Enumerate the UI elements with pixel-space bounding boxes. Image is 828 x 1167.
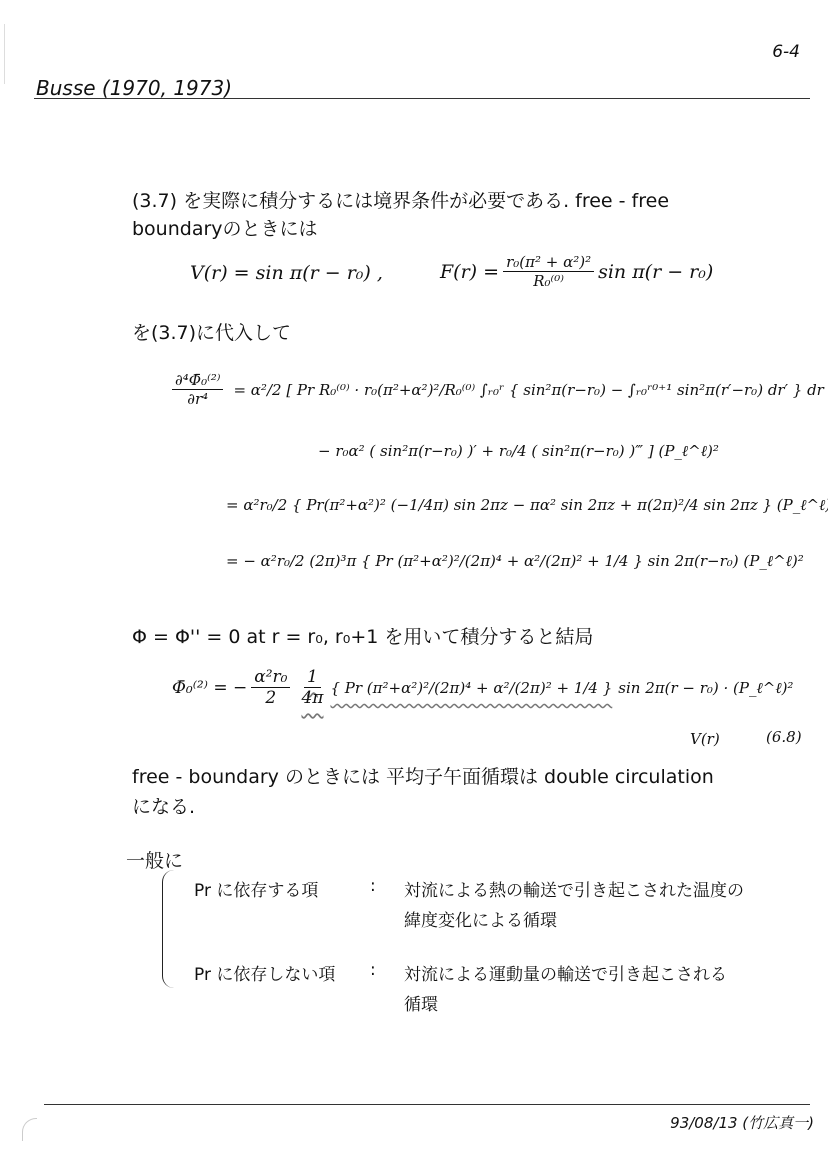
substitute-text: を(3.7)に代入して [132, 318, 291, 345]
result-frac2-num: 1 [304, 668, 321, 688]
result-lhs: Φ̄₀⁽²⁾ = − [172, 678, 247, 698]
list-item-2-desc-1: 対流による運動量の輸送で引き起こされる [404, 960, 727, 985]
result-frac2-den: 4π [298, 688, 326, 708]
eq1-lhs-den: ∂r⁴ [184, 390, 211, 408]
eq3-line: = − α²r₀/2 (2π)³π { Pr (π²+α²)²/(2π)⁴ + … [226, 552, 804, 571]
result-brace: { Pr (π²+α²)²/(2π)⁴ + α²/(2π)² + 1/4 } [330, 679, 612, 697]
f-lhs: F(r) = [440, 261, 499, 283]
f-rhs: sin π(r − r₀) [598, 261, 713, 283]
eq1-lhs-fraction: ∂⁴Φ̄₀⁽²⁾ ∂r⁴ [172, 372, 223, 408]
footer-rule [44, 1104, 810, 1105]
list-item-1-term: Pr に依存する項 [194, 876, 318, 901]
header-rule [34, 98, 810, 99]
f-fraction: r₀(π² + α²)² R₀⁽⁰⁾ [503, 254, 594, 290]
eq1-line-1: ∂⁴Φ̄₀⁽²⁾ ∂r⁴ = α²/2 [ Pr R₀⁽⁰⁾ · r₀(π²+α… [168, 372, 824, 408]
intro-line-1: (3.7) を実際に積分するには境界条件が必要である. free - free [132, 186, 669, 213]
boundary-condition-text: Φ = Φ'' = 0 at r = r₀, r₀+1 を用いて積分すると結局 [132, 622, 593, 649]
equation-number: (6.8) [766, 728, 802, 746]
page-title: Busse (1970, 1973) [36, 76, 232, 100]
result-tail: sin 2π(r − r₀) · (P_ℓ^ℓ)² [618, 679, 793, 698]
page-number: 6-4 [772, 42, 800, 62]
eq2-line: = α²r₀/2 { Pr(π²+α²)² (−1/4π) sin 2πz − … [226, 496, 828, 515]
result-equation: Φ̄₀⁽²⁾ = − α²r₀ 2 1 4π { Pr (π²+α²)²/(2π… [172, 668, 793, 708]
list-item-1-sep: : [370, 876, 376, 896]
punch-hole-mark [22, 1118, 37, 1141]
left-brace [162, 870, 181, 988]
intro-line-2: boundaryのときには [132, 214, 318, 241]
boundary-f-equation: F(r) = r₀(π² + α²)² R₀⁽⁰⁾ sin π(r − r₀) [440, 254, 713, 290]
eq1-lhs-num: ∂⁴Φ̄₀⁽²⁾ [172, 372, 223, 390]
result-vr-label: V(r) [690, 730, 720, 748]
scan-edge-mark [4, 24, 5, 84]
list-item-1-desc-1: 対流による熱の輸送で引き起こされた温度の [404, 876, 744, 901]
conclusion-line-2: になる. [132, 792, 195, 819]
result-frac-1: α²r₀ 2 [251, 668, 290, 708]
eq1-line-2: − r₀α² ( sin²π(r−r₀) )′ + r₀/4 ( sin²π(r… [318, 442, 719, 461]
result-frac1-num: α²r₀ [251, 668, 290, 688]
f-denominator: R₀⁽⁰⁾ [530, 272, 567, 290]
list-item-2-desc-2: 循環 [404, 990, 438, 1015]
footer-date-author: 93/08/13 (竹広真一) [670, 1112, 814, 1133]
result-frac1-den: 2 [262, 688, 279, 708]
conclusion-line-1: free - boundary のときには 平均子午面循環は double ci… [132, 762, 714, 789]
result-frac-2: 1 4π [298, 668, 326, 708]
eq1-rhs-line1: = α²/2 [ Pr R₀⁽⁰⁾ · r₀(π²+α²)²/R₀⁽⁰⁾ ∫ᵣ₀… [233, 381, 823, 399]
list-item-2-term: Pr に依存しない項 [194, 960, 335, 985]
result-vr-part: 1 4π { Pr (π²+α²)²/(2π)⁴ + α²/(2π)² + 1/… [294, 668, 612, 708]
list-item-2-sep: : [370, 960, 376, 980]
boundary-v-equation: V(r) = sin π(r − r₀) , [190, 262, 383, 284]
f-numerator: r₀(π² + α²)² [503, 254, 594, 272]
general-heading: 一般に [126, 846, 183, 873]
list-item-1-desc-2: 緯度変化による循環 [404, 906, 557, 931]
